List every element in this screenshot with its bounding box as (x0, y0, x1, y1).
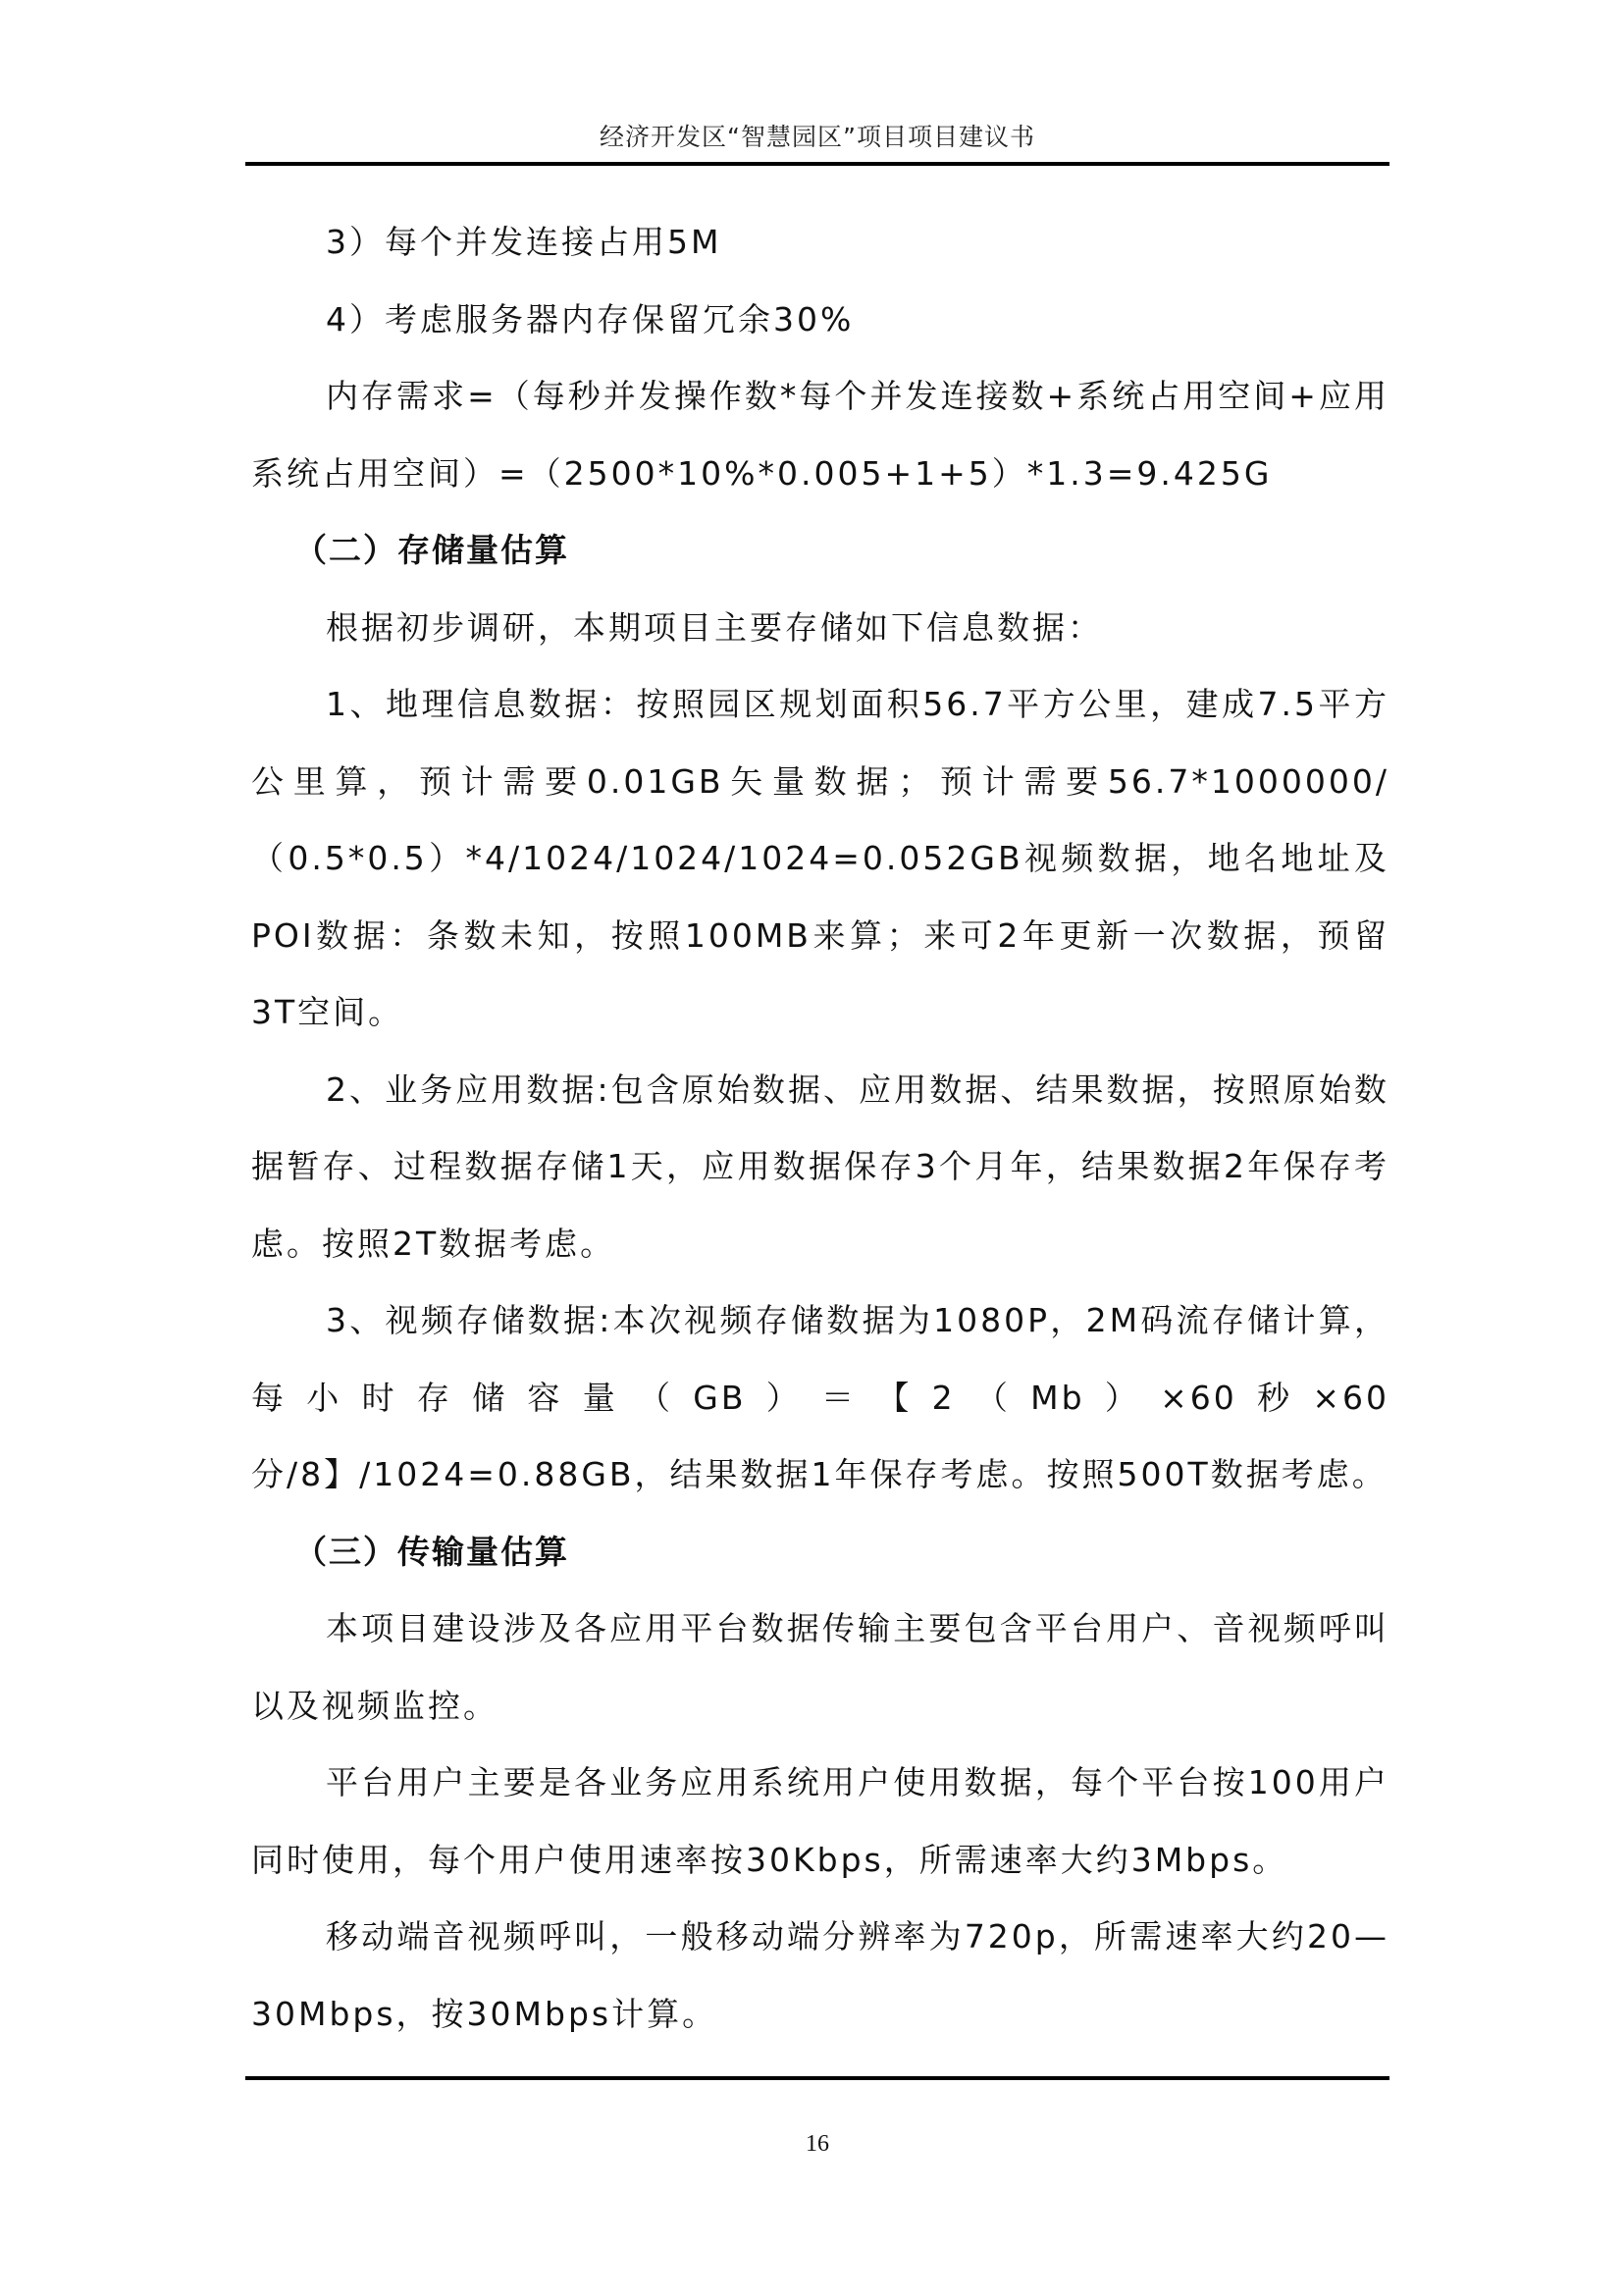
header-rule (245, 162, 1389, 166)
document-header-title: 经济开发区“智慧园区”项目项目建议书 (245, 118, 1389, 153)
paragraph-transmission-intro: 本项目建设涉及各应用平台数据传输主要包含平台用户、音视频呼叫以及视频监控。 (251, 1591, 1389, 1745)
section-heading-transmission: （三）传输量估算 (251, 1514, 1389, 1591)
paragraph-mobile-calls: 移动端音视频呼叫，一般移动端分辨率为720p，所需速率大约20—30Mbps，按… (251, 1899, 1389, 2053)
paragraph-video-data: 3、视频存储数据:本次视频存储数据为1080P，2M码流存储计算，每小时存储容量… (251, 1282, 1389, 1514)
paragraph-geo-data: 1、地理信息数据：按照园区规划面积56.7平方公里，建成7.5平方公里算，预计需… (251, 666, 1389, 1052)
paragraph-item-3: 3）每个并发连接占用5M (251, 204, 1389, 282)
page-number: 16 (245, 2131, 1389, 2158)
section-heading-storage: （二）存储量估算 (251, 512, 1389, 590)
paragraph-business-data: 2、业务应用数据:包含原始数据、应用数据、结果数据，按照原始数据暂存、过程数据存… (251, 1052, 1389, 1283)
document-body: 3）每个并发连接占用5M 4）考虑服务器内存保留冗余30% 内存需求=（每秒并发… (251, 204, 1389, 2053)
paragraph-item-4: 4）考虑服务器内存保留冗余30% (251, 282, 1389, 359)
paragraph-platform-users: 平台用户主要是各业务应用系统用户使用数据，每个平台按100用户同时使用，每个用户… (251, 1745, 1389, 1899)
footer-rule (245, 2076, 1389, 2080)
paragraph-memory-formula: 内存需求=（每秒并发操作数*每个并发连接数+系统占用空间+应用系统占用空间）=（… (251, 358, 1389, 512)
paragraph-storage-intro: 根据初步调研，本期项目主要存储如下信息数据： (251, 590, 1389, 667)
